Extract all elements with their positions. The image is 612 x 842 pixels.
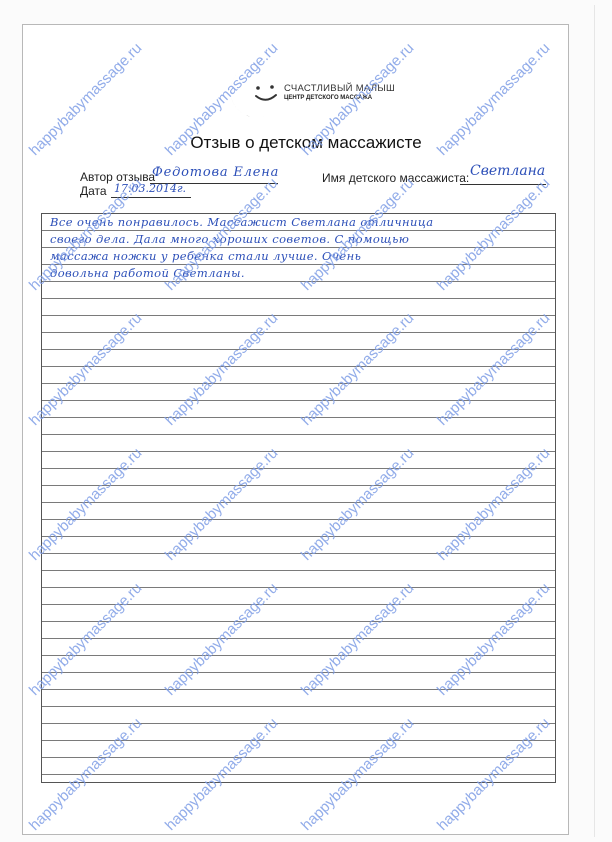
- logo-title: СЧАСТЛИВЫЙ МАЛЫШ: [284, 83, 395, 94]
- review-line: довольна работой Светланы.: [50, 266, 245, 280]
- review-line: массажа ножки у ребенка стали лучше. Оче…: [50, 249, 361, 263]
- scan-edge-line: [594, 5, 595, 837]
- review-line: своего дела. Дала много хороших советов.…: [50, 232, 409, 246]
- review-lined-area[interactable]: [41, 213, 556, 783]
- date-underline: [111, 197, 191, 198]
- author-value[interactable]: Федотова Елена: [152, 165, 279, 180]
- logo-subtitle: ЦЕНТР ДЕТСКОГО МАССАЖА: [284, 95, 395, 101]
- date-value[interactable]: 17.03.2014г.: [114, 182, 186, 195]
- masseur-label: Имя детского массажиста:: [322, 171, 469, 185]
- crescent-moon-smile-icon: [226, 64, 286, 120]
- review-line: Все очень понравилось. Массажист Светлан…: [50, 215, 434, 229]
- form-title: Отзыв о детском массажисте: [0, 133, 612, 153]
- masseur-value[interactable]: Светлана: [470, 163, 545, 179]
- date-label: Дата: [80, 184, 107, 198]
- logo-text: СЧАСТЛИВЫЙ МАЛЫШ ЦЕНТР ДЕТСКОГО МАССАЖА: [284, 83, 395, 101]
- masseur-underline: [460, 184, 546, 185]
